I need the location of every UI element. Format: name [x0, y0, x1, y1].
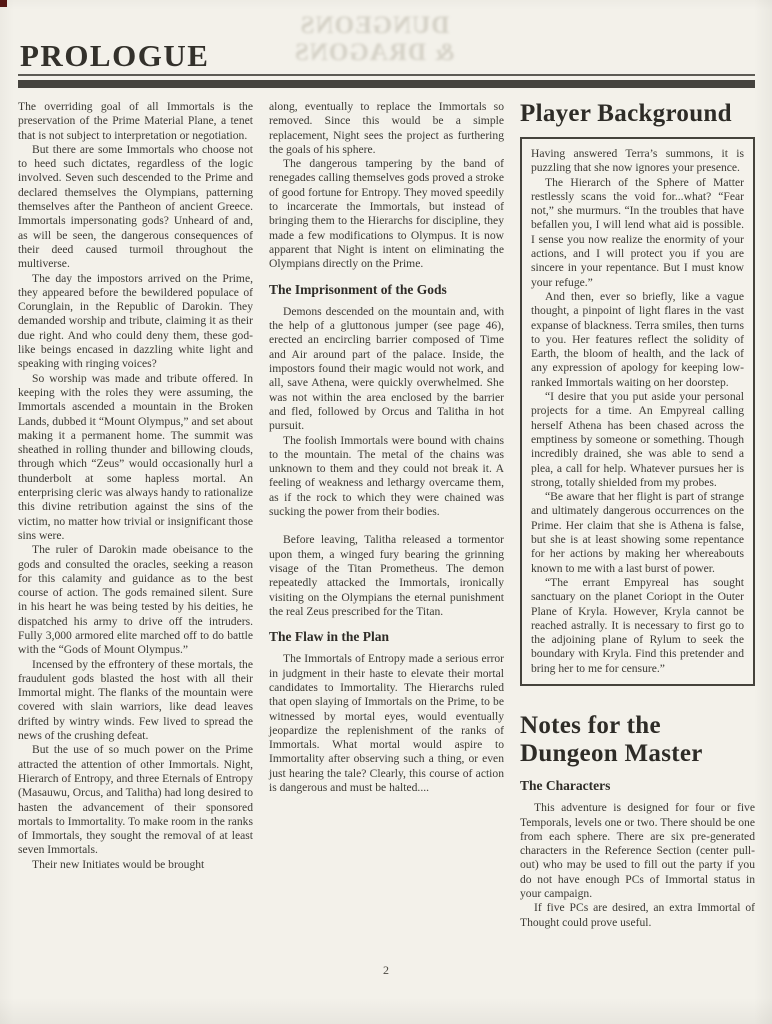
section-heading-player-background: Player Background	[520, 100, 755, 128]
paragraph: Demons descended on the mountain and, wi…	[269, 305, 504, 434]
paragraph: “I desire that you put aside your person…	[531, 390, 744, 490]
document-page: DUNGEONS & DRAGONS PROLOGUE The overridi…	[0, 0, 772, 1024]
paragraph: Incensed by the effrontery of these mort…	[18, 658, 253, 744]
header-rule-thick	[18, 80, 755, 88]
column-3: Player Background Having answered Terra’…	[520, 100, 755, 930]
text-columns: The overriding goal of all Immortals is …	[18, 100, 755, 930]
paragraph: So worship was made and tribute offered.…	[18, 372, 253, 544]
header-rule-thin	[18, 74, 755, 76]
paragraph: The Hierarch of the Sphere of Matter res…	[531, 176, 744, 290]
paragraph: The dangerous tampering by the band of r…	[269, 157, 504, 271]
paragraph: Their new Initiates would be brought	[18, 858, 253, 872]
bleed-through-logo-line2: & DRAGONS	[282, 39, 467, 66]
paragraph: But there are some Immortals who choose …	[18, 143, 253, 272]
paragraph: “Be aware that her flight is part of str…	[531, 490, 744, 576]
paragraph: The ruler of Darokin made obeisance to t…	[18, 543, 253, 657]
paragraph: Having answered Terra’s summons, it is p…	[531, 147, 744, 176]
notes-heading-line1: Notes for the	[520, 712, 661, 739]
paragraph: This adventure is designed for four or f…	[520, 801, 755, 901]
paragraph: The overriding goal of all Immortals is …	[18, 100, 253, 143]
section-heading-notes-dm: Notes for the Dungeon Master	[520, 712, 755, 768]
section-heading-imprisonment: The Imprisonment of the Gods	[269, 283, 504, 297]
boxed-read-aloud-text: Having answered Terra’s summons, it is p…	[520, 137, 755, 686]
paragraph: “The errant Empyreal has sought sanctuar…	[531, 576, 744, 676]
column-2: along, eventually to replace the Immorta…	[269, 100, 504, 930]
section-heading-flaw: The Flaw in the Plan	[269, 630, 504, 644]
scan-corner-artifact	[0, 0, 7, 7]
paragraph: If five PCs are desired, an extra Immort…	[520, 901, 755, 930]
paragraph: The Immortals of Entropy made a serious …	[269, 652, 504, 795]
section-heading-characters: The Characters	[520, 779, 755, 793]
paragraph: Before leaving, Talitha released a torme…	[269, 533, 504, 619]
page-title: PROLOGUE	[20, 38, 209, 74]
paragraph: The day the impostors arrived on the Pri…	[18, 272, 253, 372]
bleed-through-logo: DUNGEONS & DRAGONS	[282, 12, 467, 66]
page-number: 2	[0, 963, 772, 978]
paragraph: along, eventually to replace the Immorta…	[269, 100, 504, 157]
column-1: The overriding goal of all Immortals is …	[18, 100, 253, 930]
paragraph: And then, ever so briefly, like a vague …	[531, 290, 744, 390]
notes-heading-line2: Dungeon Master	[520, 740, 703, 767]
paragraph: The foolish Immortals were bound with ch…	[269, 434, 504, 520]
paragraph: But the use of so much power on the Prim…	[18, 743, 253, 857]
bleed-through-logo-line1: DUNGEONS	[282, 12, 467, 39]
